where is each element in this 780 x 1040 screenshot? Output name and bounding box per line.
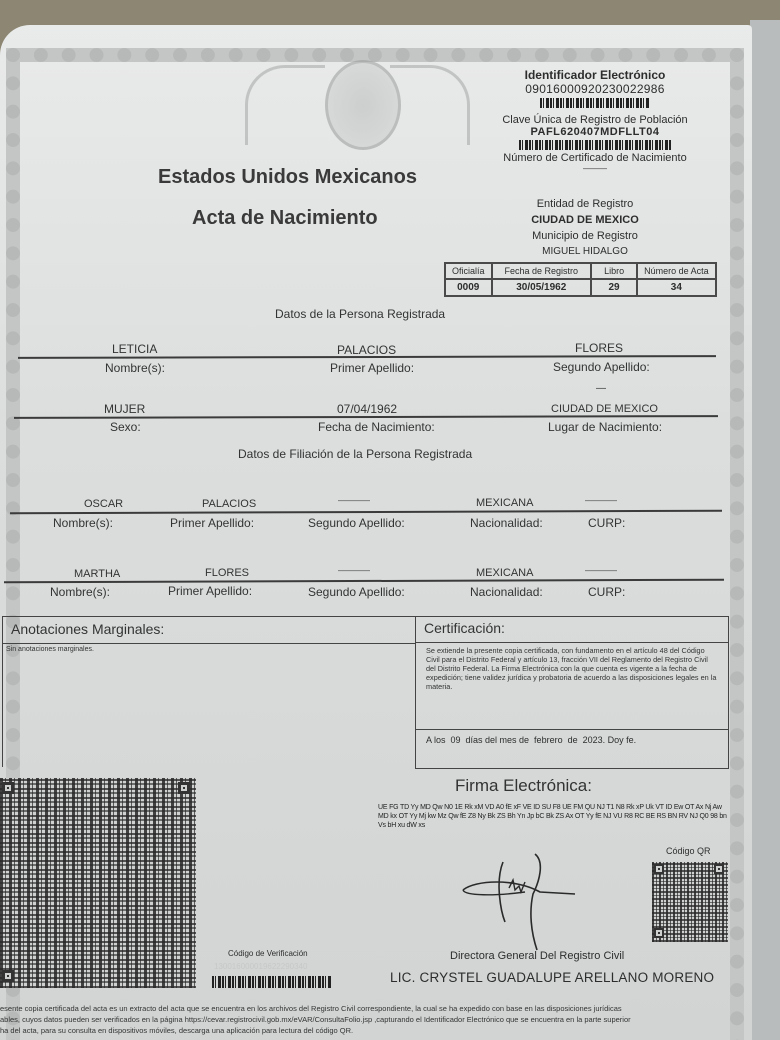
entity-value: CIUDAD DE MEXICO xyxy=(500,212,670,228)
mother-curp: ———— xyxy=(585,566,617,575)
label-nacionalidad: Nacionalidad: xyxy=(470,516,543,530)
label-nombre: Nombre(s): xyxy=(105,361,165,375)
certificate-value: ——— xyxy=(480,164,710,173)
municipality-label: Municipio de Registro xyxy=(500,228,670,244)
electronic-id-value: 09016000920230022986 xyxy=(480,82,710,96)
national-seal-icon xyxy=(235,55,480,155)
person-sex: MUJER xyxy=(104,402,145,416)
verification-label: Código de Verificación xyxy=(228,949,308,958)
label-lugar-nacimiento: Lugar de Nacimiento: xyxy=(548,420,662,434)
label-sexo: Sexo: xyxy=(110,420,141,434)
father-first-surname: PALACIOS xyxy=(202,498,256,510)
label-nombre: Nombre(s): xyxy=(50,585,110,599)
label-segundo-apellido: Segundo Apellido: xyxy=(308,585,405,599)
identifier-block: Identificador Electrónico 09016000920230… xyxy=(480,68,710,173)
filiation-title: Datos de Filiación de la Persona Registr… xyxy=(238,447,472,461)
table-cell-fecha: 30/05/1962 xyxy=(492,279,592,296)
curp-barcode-icon xyxy=(519,140,671,150)
handwritten-signature-icon xyxy=(455,852,595,952)
signer-role: Directora General Del Registro Civil xyxy=(450,950,624,962)
entity-label: Entidad de Registro xyxy=(500,196,670,212)
annotations-header: Anotaciones Marginales: xyxy=(2,616,416,644)
person-birth-date: 07/04/1962 xyxy=(337,402,397,416)
municipality-value: MIGUEL HIDALGO xyxy=(500,244,670,260)
mother-second-surname: ———— xyxy=(338,566,370,575)
legal-footer: esente copia certificada del acta es un … xyxy=(0,1003,745,1036)
label-primer-apellido: Primer Apellido: xyxy=(330,361,414,375)
dash-placeholder: — xyxy=(596,383,606,394)
annotations-text: Sin anotaciones marginales. xyxy=(3,643,415,656)
table-header-numero-acta: Número de Acta xyxy=(637,263,716,279)
label-segundo-apellido: Segundo Apellido: xyxy=(308,516,405,530)
curp-label: Clave Única de Registro de Población xyxy=(480,114,710,126)
footer-line: ables, cuyos datos pueden ser verificado… xyxy=(0,1014,745,1025)
certification-date-box: A los 09 días del mes de febrero de 2023… xyxy=(415,729,729,769)
label-nacionalidad: Nacionalidad: xyxy=(470,585,543,599)
registry-table: Oficialía Fecha de Registro Libro Número… xyxy=(444,262,717,297)
label-curp: CURP: xyxy=(588,516,625,530)
person-birth-place: CIUDAD DE MEXICO xyxy=(551,403,658,415)
qr-code-icon xyxy=(652,862,728,942)
electronic-id-barcode-icon xyxy=(540,98,650,108)
mother-first-surname: FLORES xyxy=(205,567,249,579)
registered-person-title: Datos de la Persona Registrada xyxy=(275,307,445,321)
curp-value: PAFL620407MDFLLT04 xyxy=(480,126,710,138)
table-cell-oficialia: 0009 xyxy=(445,279,492,296)
electronic-id-label: Identificador Electrónico xyxy=(480,68,710,82)
person-first-name: LETICIA xyxy=(112,342,157,356)
table-header-fecha: Fecha de Registro xyxy=(492,263,592,279)
father-nationality: MEXICANA xyxy=(476,497,533,509)
father-name: OSCAR xyxy=(84,498,123,510)
table-cell-numero-acta: 34 xyxy=(637,279,716,296)
annotations-title: Anotaciones Marginales: xyxy=(3,617,415,641)
document-title: Acta de Nacimiento xyxy=(192,207,378,230)
certificate-label: Número de Certificado de Nacimiento xyxy=(480,152,710,164)
verification-qr-code-icon xyxy=(0,778,196,988)
table-header-oficialia: Oficialía xyxy=(445,263,492,279)
signature-title: Firma Electrónica: xyxy=(455,776,592,796)
label-curp: CURP: xyxy=(588,585,625,599)
verification-value: 130016000019622290340 xyxy=(214,962,307,971)
father-curp: ———— xyxy=(585,496,617,505)
mother-name: MARTHA xyxy=(74,568,120,580)
annotations-body: Sin anotaciones marginales. xyxy=(2,643,416,767)
table-cell-libro: 29 xyxy=(591,279,637,296)
label-segundo-apellido: Segundo Apellido: xyxy=(553,360,650,374)
person-first-surname: PALACIOS xyxy=(337,343,396,357)
label-primer-apellido: Primer Apellido: xyxy=(168,584,252,598)
certification-text: Se extiende la presente copia certificad… xyxy=(416,643,728,691)
footer-line: esente copia certificada del acta es un … xyxy=(0,1003,745,1014)
certification-title: Certificación: xyxy=(416,617,728,639)
father-second-surname: ———— xyxy=(338,496,370,505)
verification-barcode-icon xyxy=(212,976,332,988)
country-title: Estados Unidos Mexicanos xyxy=(158,166,417,189)
qr-label: Código QR xyxy=(666,846,711,856)
certification-date: A los 09 días del mes de febrero de 2023… xyxy=(416,730,728,750)
person-second-surname: FLORES xyxy=(575,341,623,355)
signer-name: LIC. CRYSTEL GUADALUPE ARELLANO MORENO xyxy=(390,970,714,985)
certification-header: Certificación: xyxy=(415,616,729,643)
background-surface xyxy=(750,20,780,1040)
label-nombre: Nombre(s): xyxy=(53,516,113,530)
label-fecha-nacimiento: Fecha de Nacimiento: xyxy=(318,420,435,434)
mother-nationality: MEXICANA xyxy=(476,567,533,579)
label-primer-apellido: Primer Apellido: xyxy=(170,516,254,530)
signature-codes: UE FG TD Yy MD Qw N0 1E Rk xM VD A0 fE x… xyxy=(378,803,728,830)
registry-entity-block: Entidad de Registro CIUDAD DE MEXICO Mun… xyxy=(500,196,670,260)
table-header-libro: Libro xyxy=(591,263,637,279)
footer-line: ha del acta, para su consulta en disposi… xyxy=(0,1025,745,1036)
certification-body: Se extiende la presente copia certificad… xyxy=(415,642,729,730)
